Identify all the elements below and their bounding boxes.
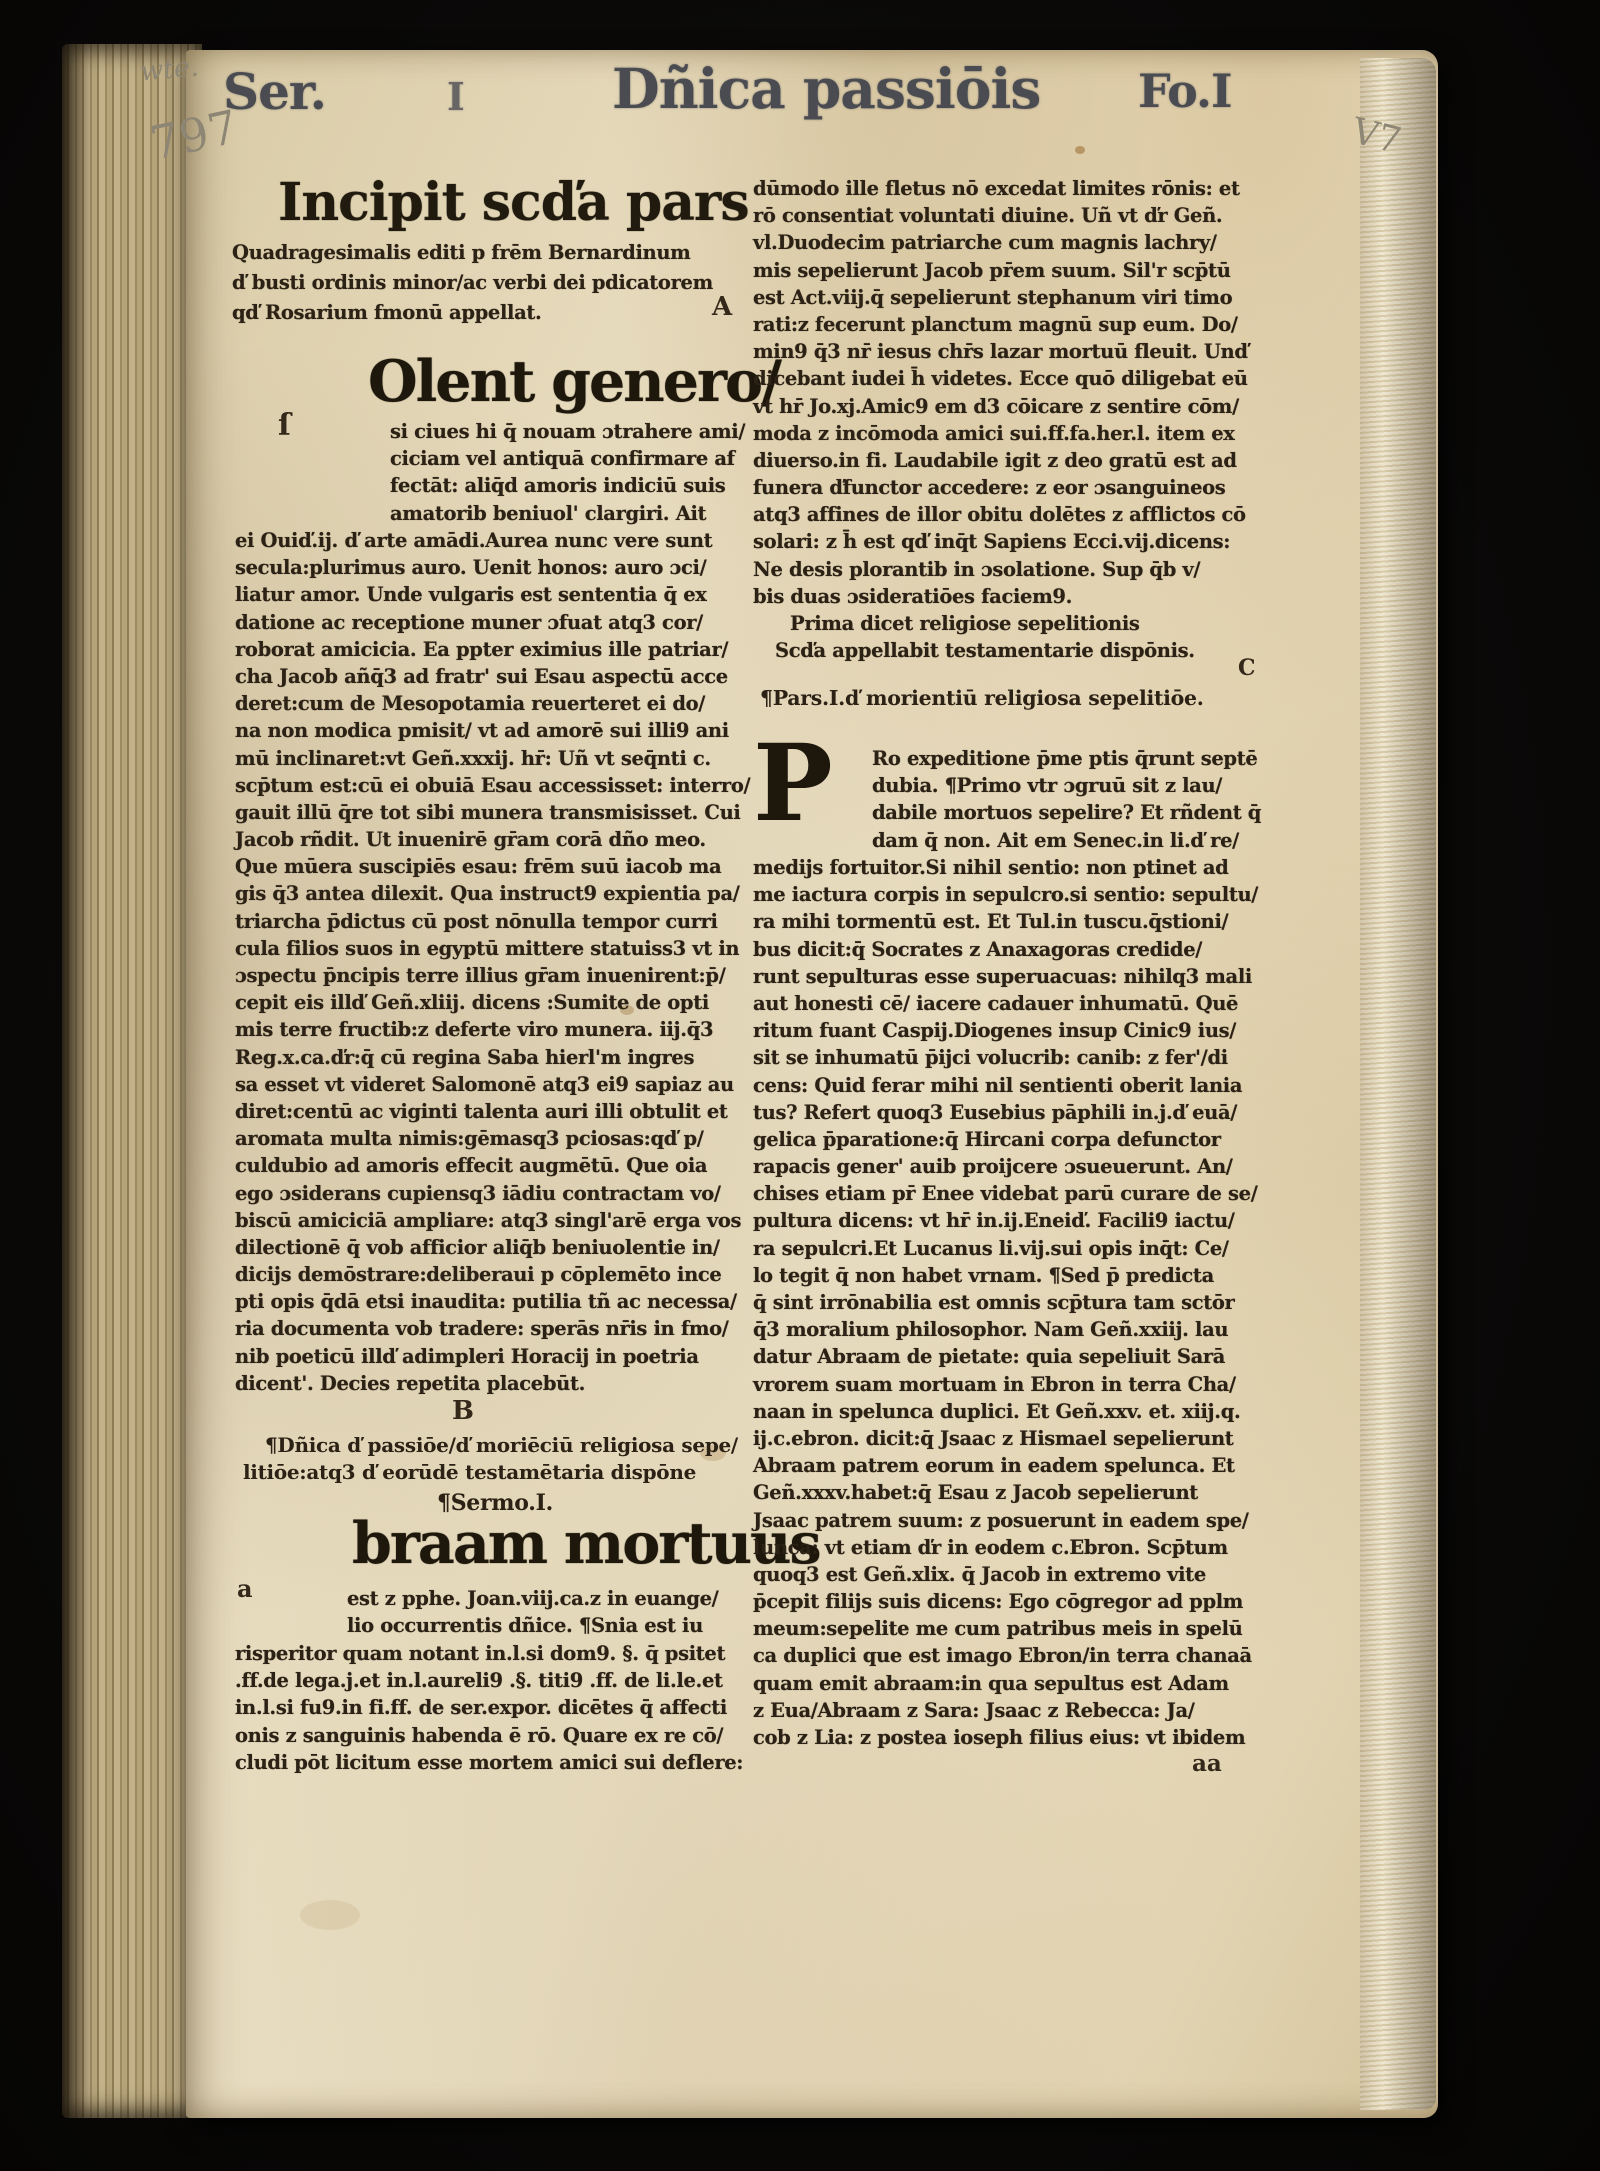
fore-edge-pages [1360, 58, 1436, 2110]
text-line: dabile mortuos sepelire? Et rñdent q̄ [872, 799, 1261, 826]
text-line: lo tegit q̄ non habet vrnam. ¶Sed p̄ pre… [753, 1262, 1258, 1289]
running-title-left: Ser. [223, 62, 326, 121]
abraam-mortuus-heading: braam mortuus [352, 1510, 820, 1577]
consideration-line-2: Scďa appellabit testamentarie dispōnis. [775, 637, 1195, 664]
text-line: dūmodo ille fletus nō excedat limites rō… [753, 175, 1248, 202]
text-line: ritum fuant Caspij.Diogenes insup Cinic9… [753, 1017, 1258, 1044]
guide-letter-s: ſ [278, 408, 291, 443]
rubric-line-1: ¶Dñica ď passiōe/ď moriēciū religiosa se… [265, 1432, 738, 1459]
text-line: scp̄tum est:cū ei obuiā Esau accessisset… [235, 772, 750, 799]
text-line: ra mihi tormentū est. Et Tul.in tuscu.q̄… [753, 908, 1258, 935]
text-line: vt hr̄ Jo.xj.Amic9 em d3 cōicare z senti… [753, 393, 1248, 420]
text-line: lio occurrentis dñice. ¶Snia est iu [347, 1612, 718, 1639]
text-line: rō consentiat voluntati diuine. Uñ vt ďr… [753, 202, 1248, 229]
sermon-opening-heading: Olent genero/ [368, 348, 780, 415]
text-line: biscū amiciciā ampliare: atq3 singl'arē … [235, 1207, 750, 1234]
text-line: culdubio ad amoris effecit augmētū. Que … [235, 1152, 750, 1179]
abraam-indented-lines: est z pphe. Joan.viij.ca.z in euange/lio… [347, 1585, 718, 1639]
text-line: .ff.de lega.j.et in.l.aureli9 .§. titi9 … [235, 1667, 743, 1694]
text-line: pti opis q̄dā etsi inaudita: putilia tñ … [235, 1288, 750, 1315]
text-line: rati:z fecerunt planctum magnū sup eum. … [753, 311, 1248, 338]
text-line: ij.c.ebron. dicit:q̄ Jsaac z Hismael sep… [753, 1425, 1258, 1452]
text-line: dilectionē q̄ vob afficior aliq̄b beniuo… [235, 1234, 750, 1261]
text-line: q̄ sint irrōnabilia est omnis scp̄tura t… [753, 1289, 1258, 1316]
text-line: ego ɔsiderans cupiensq3 iādiu contractam… [235, 1180, 750, 1207]
text-line: nib poeticū illď adimpleri Horacij in po… [235, 1343, 750, 1370]
text-line: ɔspectu p̄ncipis terre illius gr̄am inue… [235, 962, 750, 989]
text-line: gelica p̄paratione:q̄ Hircani corpa defu… [753, 1126, 1258, 1153]
underlying-page-edges [62, 44, 202, 2118]
text-line: vl.Duodecim patriarche cum magnis lachry… [753, 229, 1248, 256]
text-line: meum:sepelite me cum patribus meis in sp… [753, 1615, 1258, 1642]
text-line: rapacis gener' auib proijcere ɔsueuerunt… [753, 1153, 1258, 1180]
dropcap-wrapped-lines: Ro expeditione p̄me ptis q̄runt septēdub… [872, 745, 1261, 854]
text-line: onis z sanguinis habenda ē rō. Quare ex … [235, 1722, 743, 1749]
text-line: chises etiam pr̄ Enee videbat parū curar… [753, 1180, 1258, 1207]
text-line: dam q̄ non. Ait em Senec.in li.ď re/ [872, 827, 1261, 854]
text-line: bus dicit:q̄ Socrates z Anaxagoras credi… [753, 936, 1258, 963]
text-line: mis terre fructib:z deferte viro munera.… [235, 1016, 750, 1043]
text-line: Ro expeditione p̄me ptis q̄runt septē [872, 745, 1261, 772]
text-line: moda z incōmoda amici sui.ff.fa.her.l. i… [753, 420, 1248, 447]
signature-letter-A: A [712, 292, 732, 322]
text-line: datione ac receptione muner ɔfuat atq3 c… [235, 609, 750, 636]
text-line: sa esset vt videret Salomonē atq3 ei9 sa… [235, 1071, 750, 1098]
right-column-top-body: dūmodo ille fletus nō excedat limites rō… [753, 175, 1248, 610]
text-line: quam emit abraam:in qua sepultus est Ada… [753, 1670, 1258, 1697]
text-line: cludi pōt licitum esse mortem amici sui … [235, 1749, 743, 1776]
text-line: dicijs demōstrare:deliberaui p cōplemēto… [235, 1261, 750, 1288]
text-line: dubia. ¶Primo vtr ɔgruū sit z lau/ [872, 772, 1261, 799]
text-line: ¶Dñica ď passiōe/ď moriēciū religiosa se… [265, 1432, 738, 1459]
text-line: risperitor quam notant in.l.si dom9. §. … [235, 1640, 743, 1667]
dropcap-initial-P: P [753, 738, 833, 828]
text-line: me iactura corpis in sepulcro.si sentio:… [753, 881, 1258, 908]
text-line: fectāt: aliq̄d amoris indiciū suis [390, 472, 745, 499]
guide-letter-a: a [237, 1574, 253, 1603]
text-line: amatorib beniuol' clargiri. Ait [390, 500, 745, 527]
text-line: cens: Quid ferar mihi nil sentienti ober… [753, 1072, 1258, 1099]
text-line: gis q̄3 antea dilexit. Qua instruct9 exp… [235, 880, 750, 907]
text-line: tus? Refert quoq3 Eusebius pāphili in.j.… [753, 1099, 1258, 1126]
abraam-body-lines: risperitor quam notant in.l.si dom9. §. … [235, 1640, 743, 1776]
text-line: lunca: vt etiam ďr in eodem c.Ebron. Scp… [753, 1534, 1258, 1561]
text-line: Scďa appellabit testamentarie dispōnis. [775, 637, 1195, 664]
left-column-body: ei Ouiď.ij. ď arte amādi.Aurea nunc vere… [235, 527, 750, 1397]
text-line: ciciam vel antiquā confirmare af [390, 445, 745, 472]
text-line: roborat amicicia. Ea ppter eximius ille … [235, 636, 750, 663]
guide-letter-c: C [1238, 655, 1256, 681]
text-line: triarcha p̄dictus cū post nōnulla tempor… [235, 908, 750, 935]
text-line: si ciues hi q̄ nouam ɔtrahere ami/ [390, 418, 745, 445]
text-line: runt sepulturas esse superuacuas: nihilq… [753, 963, 1258, 990]
stain [300, 1900, 360, 1930]
text-line: naan in spelunca duplici. Et Geñ.xxv. et… [753, 1398, 1258, 1425]
text-line: est Act.viij.q̄ sepelierunt stephanum vi… [753, 284, 1248, 311]
incipit-title: Incipit scďa pars [278, 172, 749, 233]
text-line: cepit eis illď Geñ.xliij. dicens :Sumite… [235, 989, 750, 1016]
right-column-body: medijs fortuitor.Si nihil sentio: non pt… [753, 854, 1258, 1751]
text-line: dicebant iudei h̄ videtes. Ecce quō dili… [753, 365, 1248, 392]
text-line: Reg.x.ca.ďr:q̄ cū regina Saba hierl'm in… [235, 1044, 750, 1071]
text-line: in.l.si fu9.in fi.ff. de ser.expor. dicē… [235, 1694, 743, 1721]
text-line: qď Rosarium fmonū appellat. [232, 298, 713, 328]
text-line: Quadragesimalis editi p frēm Bernardinum [232, 238, 713, 268]
signature-letter-B: B [452, 1396, 474, 1426]
text-line: Geñ.xxxv.habet:q̄ Esau z Jacob sepelieru… [753, 1479, 1258, 1506]
running-title-center: Dñica passiōis [612, 56, 1040, 121]
text-line: z Eua/Abraam z Sara: Jsaac z Rebecca: Ja… [753, 1697, 1258, 1724]
text-line: sit se inhumatū p̄ijci volucrib: canib: … [753, 1044, 1258, 1071]
text-line: pultura dicens: vt hr̄ in.ij.Eneiď. Faci… [753, 1207, 1258, 1234]
text-line: solari: z h̄ est qď inq̄t Sapiens Ecci.v… [753, 528, 1248, 555]
running-title-numeral: I [447, 74, 464, 119]
text-line: cha Jacob añq̄3 ad fratr' sui Esau aspec… [235, 663, 750, 690]
text-line: diret:centū ac viginti talenta auri illi… [235, 1098, 750, 1125]
text-line: quoq3 est Geñ.xlix. q̄ Jacob in extremo … [753, 1561, 1258, 1588]
text-line: datur Abraam de pietate: quia sepeliuit … [753, 1343, 1258, 1370]
text-line: p̄cepit filijs suis dicens: Ego cōgregor… [753, 1588, 1258, 1615]
text-line: funera ďfunctor accedere: z eor ɔsanguin… [753, 474, 1248, 501]
text-line: atq3 affines de illor obitu dolētes z af… [753, 501, 1248, 528]
text-line: ra sepulcri.Et Lucanus li.vij.sui opis i… [753, 1235, 1258, 1262]
manuscript-annotation-word: wte. [139, 52, 200, 88]
text-line: ei Ouiď.ij. ď arte amādi.Aurea nunc vere… [235, 527, 750, 554]
text-line: mis sepelierunt Jacob pr̄em suum. Sil'r … [753, 257, 1248, 284]
rubric-line-2: litiōe:atq3 ď eorūdē testamētaria dispōn… [243, 1459, 696, 1486]
text-line: vrorem suam mortuam in Ebron in terra Ch… [753, 1371, 1258, 1398]
foxing-spot [1075, 146, 1085, 154]
text-line: mū inclinaret:vt Geñ.xxxij. hr̄: Uñ vt s… [235, 745, 750, 772]
text-line: aut honesti cē/ iacere cadauer inhumatū.… [753, 990, 1258, 1017]
photographed-book-page: Ser. I Dñica passiōis Fo.I wte. 797 V7 I… [0, 0, 1600, 2171]
text-line: diuerso.in fi. Laudabile igit z deo grat… [753, 447, 1248, 474]
text-line: Jsaac patrem suum: z posuerunt in eadem … [753, 1507, 1258, 1534]
text-line: deret:cum de Mesopotamia reuerteret ei d… [235, 690, 750, 717]
intro-indented-lines: si ciues hi q̄ nouam ɔtrahere ami/ciciam… [390, 418, 745, 527]
incipit-subtitle-lines: Quadragesimalis editi p frēm Bernardinum… [232, 238, 713, 328]
text-line: secula:plurimus auro. Uenit honos: auro … [235, 554, 750, 581]
text-line: q̄3 moralium philosophor. Nam Geñ.xxiij.… [753, 1316, 1258, 1343]
text-line: Abraam patrem eorum in eadem spelunca. E… [753, 1452, 1258, 1479]
text-line: liatur amor. Unde vulgaris est sententia… [235, 581, 750, 608]
text-line: Que mūera suscipiēs esau: frēm suū iacob… [235, 853, 750, 880]
text-line: cula filios suos in egyptū mittere statu… [235, 935, 750, 962]
folio-number: Fo.I [1138, 64, 1232, 118]
text-line: ca duplici que est imago Ebron/in terra … [753, 1642, 1258, 1669]
text-line: Jacob rñdit. Ut inuenirē gr̄am corā dño … [235, 826, 750, 853]
text-line: medijs fortuitor.Si nihil sentio: non pt… [753, 854, 1258, 881]
text-line: Prima dicet religiose sepelitionis [790, 610, 1140, 637]
text-line: cob z Lia: z postea ioseph filius eius: … [753, 1724, 1258, 1751]
text-line: dicent'. Decies repetita placebūt. [235, 1370, 750, 1397]
text-line: Ne desis plorantib in ɔsolatione. Sup q̄… [753, 556, 1248, 583]
consideration-line-1: Prima dicet religiose sepelitionis [790, 610, 1140, 637]
text-line: ď busti ordinis minor/ac verbi dei pdica… [232, 268, 713, 298]
text-line: ria documenta vob tradere: sperās nr̄is … [235, 1315, 750, 1342]
pars-heading: ¶Pars.I.ď morientiū religiosa sepelitiōe… [760, 686, 1204, 710]
text-line: est z pphe. Joan.viij.ca.z in euange/ [347, 1585, 718, 1612]
text-line: litiōe:atq3 ď eorūdē testamētaria dispōn… [243, 1459, 696, 1486]
text-line: aromata multa nimis:gēmasq3 pciosas:qď p… [235, 1125, 750, 1152]
quire-signature-aa: aa [1192, 1750, 1222, 1777]
text-line: bis duas ɔsideratiōes faciem9. [753, 583, 1248, 610]
text-line: gauit illū q̄re tot sibi munera transmis… [235, 799, 750, 826]
text-line: na non modica pmisit/ vt ad amorē sui il… [235, 717, 750, 744]
text-line: min9 q̄3 nr̄ iesus chr̄s lazar mortuū fl… [753, 338, 1248, 365]
